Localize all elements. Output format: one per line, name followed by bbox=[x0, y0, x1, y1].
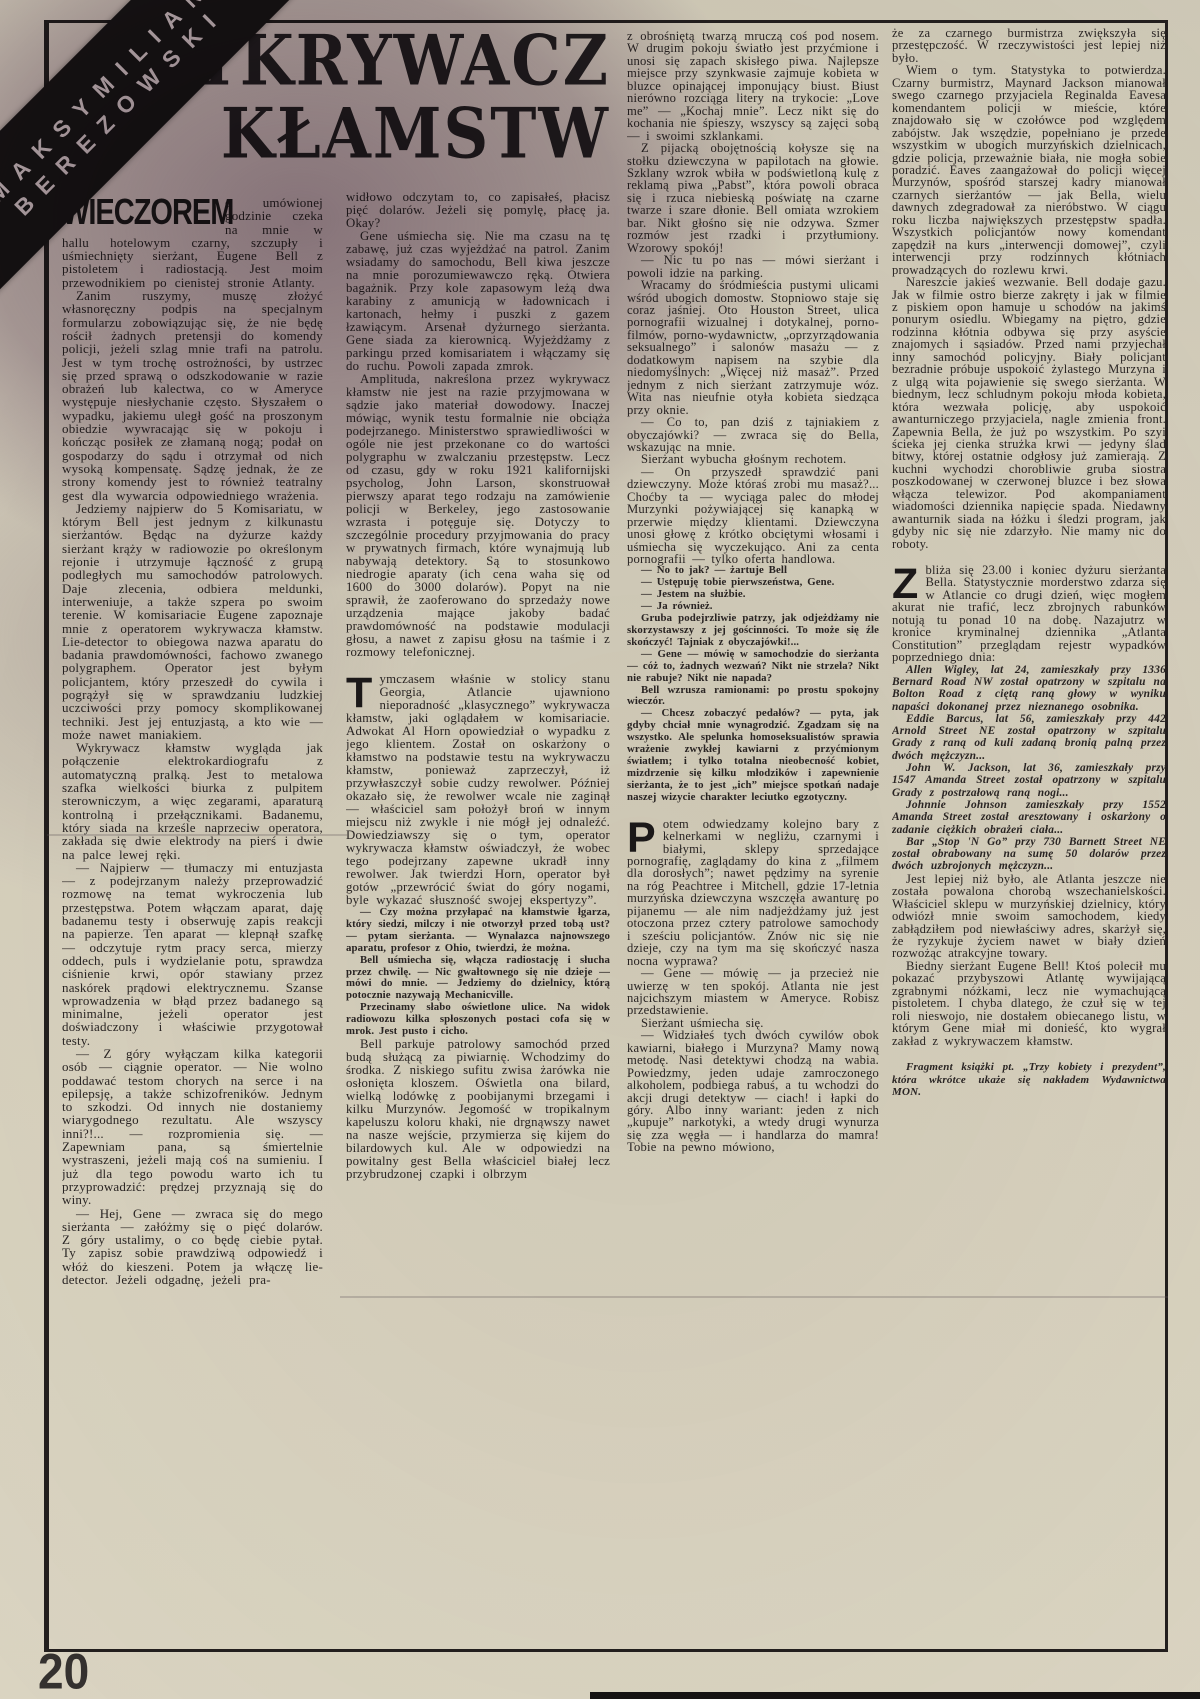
text-column-4: że za czarnego burmistrza zwiększyła się… bbox=[892, 27, 1166, 1649]
paragraph: — Nic tu po nas — mówi sierżant i powoli… bbox=[627, 254, 879, 279]
scan-edge-strip bbox=[590, 1692, 1200, 1699]
paragraph: Allen Wigley, lat 24, zamieszkały przy 1… bbox=[892, 664, 1166, 713]
paragraph: Zbliża się 23.00 i koniec dyżuru sierżan… bbox=[892, 564, 1166, 664]
paragraph: Bell uśmiecha się, włącza radiostację i … bbox=[346, 955, 610, 1003]
paragraph: — Gene — mówię — ja przecież nie uwierzę… bbox=[627, 967, 879, 1017]
paragraph: Amplituda, nakreślona przez wykrywacz kł… bbox=[346, 373, 610, 659]
paragraph: Wykrywacz kłamstw wygląda jak połączenie… bbox=[62, 741, 323, 861]
paragraph: Sierżant wybucha głośnym rechotem. bbox=[627, 453, 879, 465]
paragraph: Biedny sierżant Eugene Bell! Ktoś poleci… bbox=[892, 960, 1166, 1047]
paragraph: Nareszcie jakieś wezwanie. Bell dodaje g… bbox=[892, 276, 1166, 550]
paragraph: Potem odwiedzamy kolejno bary z kelnerka… bbox=[627, 818, 879, 967]
paragraph: Gene uśmiecha się. Nie ma czasu na tę za… bbox=[346, 230, 610, 373]
paragraph: — Najpierw — tłumaczy mi entuzjasta — z … bbox=[62, 861, 323, 1047]
paragraph: Z pijacką obojętnością kołysze się na st… bbox=[627, 142, 879, 254]
text-column-2: widłowo odczytam to, co zapisałeś, płaci… bbox=[346, 191, 610, 1649]
column-4-paragraphs: że za czarnego burmistrza zwiększyła się… bbox=[892, 27, 1166, 1047]
paragraph: — Co to, pan dziś z tajniakiem z obyczaj… bbox=[627, 416, 879, 453]
paragraph: Wracamy do śródmieścia pustymi ulicami w… bbox=[627, 279, 879, 416]
text-column-3: z obrośniętą twarzą mruczą coś pod nosem… bbox=[627, 30, 879, 1648]
paragraph: Eddie Barcus, lat 56, zamieszkały przy 4… bbox=[892, 713, 1166, 762]
paragraph: Wiem o tym. Statystyka to potwierdza. Cz… bbox=[892, 64, 1166, 276]
column-1-paragraphs: Zanim ruszymy, muszę złożyć własnoręczny… bbox=[62, 289, 323, 1286]
paragraph: Jedziemy najpierw do 5 Komisariatu, w kt… bbox=[62, 502, 323, 741]
paragraph: że za czarnego burmistrza zwiększyła się… bbox=[892, 27, 1166, 64]
paragraph: — Widziałeś tych dwóch cywilów obok kawi… bbox=[627, 1029, 879, 1154]
magazine-page: MAKSYMILIAN BEREZOWSKI WYKRYWACZ KŁAMSTW… bbox=[0, 0, 1200, 1699]
book-excerpt-note: Fragment książki pt. „Trzy kobiety i pre… bbox=[892, 1061, 1166, 1099]
paragraph: — Chcesz zobaczyć pedałów? — pyta, jak g… bbox=[627, 708, 879, 803]
paragraph: Tymczasem właśnie w stolicy stanu Georgi… bbox=[346, 673, 610, 907]
paragraph: Johnnie Johnson zamieszkały przy 1552 Am… bbox=[892, 799, 1166, 836]
paragraph: — Z góry wyłączam kilka kategorii osób —… bbox=[62, 1047, 323, 1207]
paragraph: Bar „Stop 'N Go” przy 730 Barnett Street… bbox=[892, 836, 1166, 873]
paragraph: Bell wzrusza ramionami: po prostu spokoj… bbox=[627, 685, 879, 709]
paper-crease-lower bbox=[340, 1296, 1168, 1298]
lead-paragraph: WIECZOREMo umówionej godzinie czeka na m… bbox=[62, 196, 323, 289]
text-column-1: WIECZOREMo umówionej godzinie czeka na m… bbox=[62, 196, 323, 1646]
paragraph: z obrośniętą twarzą mruczą coś pod nosem… bbox=[627, 30, 879, 142]
paragraph: Jest lepiej niż było, ale Atlanta jeszcz… bbox=[892, 873, 1166, 960]
paragraph: Przecinamy słabo oświetlone ulice. Na wi… bbox=[346, 1002, 610, 1038]
page-number: 20 bbox=[38, 1642, 89, 1699]
paragraph: Zanim ruszymy, muszę złożyć własnoręczny… bbox=[62, 289, 323, 502]
paragraph: Gruba podejrzliwie patrzy, jak odjeżdżam… bbox=[627, 613, 879, 649]
paragraph: widłowo odczytam to, co zapisałeś, płaci… bbox=[346, 191, 610, 230]
paragraph: John W. Jackson, lat 36, zamieszkały prz… bbox=[892, 762, 1166, 799]
paragraph: — On przyszedł sprawdzić pani dziewczyny… bbox=[627, 466, 879, 566]
paper-crease-upper bbox=[47, 834, 347, 836]
paragraph: — Czy można przyłapać na kłamstwie łgarz… bbox=[346, 907, 610, 955]
paragraph: Bell parkuje patrolowy samochód przed bu… bbox=[346, 1038, 610, 1181]
drop-cap-letter: Z bbox=[892, 567, 918, 601]
paragraph: — Gene — mówię w samochodzie do sierżant… bbox=[627, 649, 879, 685]
paragraph: — Hej, Gene — zwraca się do mego sierżan… bbox=[62, 1207, 323, 1287]
drop-cap-letter: P bbox=[627, 821, 656, 855]
drop-cap-letter: T bbox=[346, 676, 372, 710]
